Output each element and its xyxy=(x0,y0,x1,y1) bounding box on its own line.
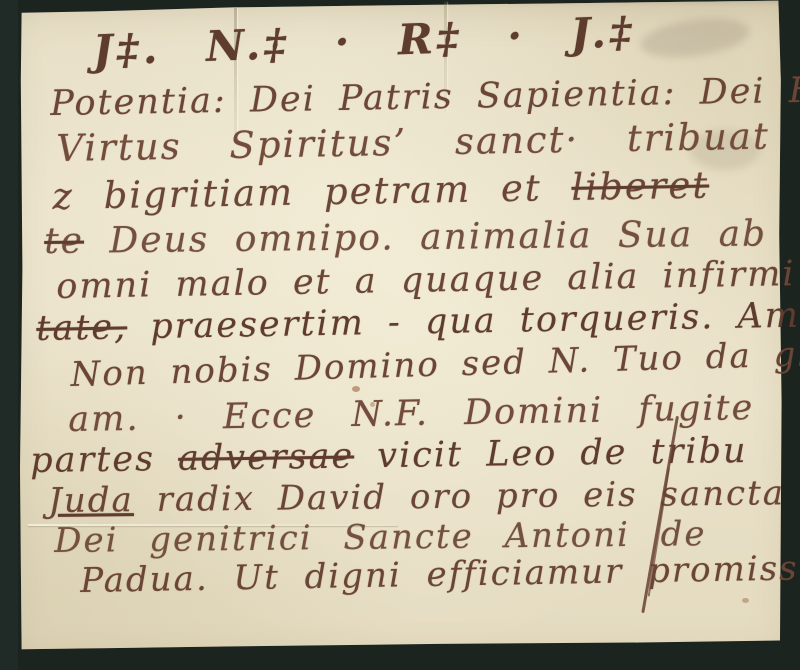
ink-stain-speck xyxy=(742,598,749,603)
line-text-struck: tate, xyxy=(36,307,128,349)
line-text-struck: liberet xyxy=(571,164,709,209)
line-text: radix David oro pro eis sancta xyxy=(134,473,786,520)
line-text: vicit Leo de tribu xyxy=(354,431,748,476)
line-text: Deus omnipo. animalia Sua ab xyxy=(84,213,768,261)
photographed-manuscript: J‡. N.‡ · R‡ · J.‡ Potentia: Dei Patris … xyxy=(0,0,800,670)
manuscript-line-5: te Deus omnipo. animalia Sua ab xyxy=(44,213,767,262)
line-text: partes xyxy=(30,439,178,481)
line-text-struck: adversae xyxy=(178,436,355,478)
line-text: z bigritiam petram et xyxy=(52,166,572,218)
line-text-struck: te xyxy=(44,221,84,262)
line-text-underlined: Juda xyxy=(48,480,134,521)
